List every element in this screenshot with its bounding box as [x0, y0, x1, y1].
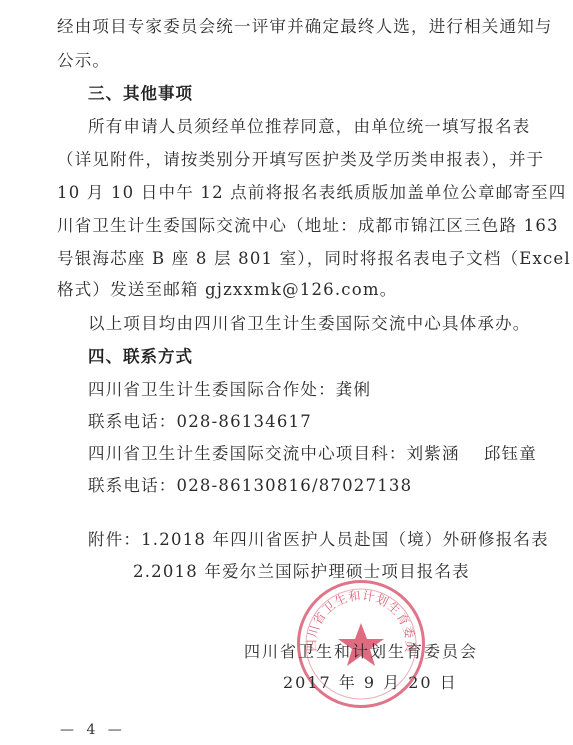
paragraph-line: 以上项目均由四川省卫生计生委国际交流中心具体承办。 — [88, 314, 531, 334]
document-page: 经由项目专家委员会统一评审并确定最终人选，进行相关通知与 公示。 三、其他事项 … — [0, 0, 573, 745]
paragraph-line: 川省卫生计生委国际交流中心（地址：成都市锦江区三色路 163 — [57, 216, 517, 236]
signature-organization: 四川省卫生和计划生育委员会 — [244, 639, 478, 662]
email-line: 格式）发送至邮箱 gjzxxmk@126.com。 — [57, 280, 397, 300]
paragraph-line: 公示。 — [57, 51, 110, 71]
attachments-label: 附件： — [88, 530, 141, 549]
attachment-item: 2.2018 年爱尔兰国际护理硕士项目报名表 — [133, 562, 470, 582]
paragraph-line: 10 月 10 日中午 12 点前将报名表纸质版加盖单位公章邮寄至四 — [57, 183, 517, 203]
contact-org: 四川省卫生计生委国际交流中心项目科：刘紫涵 邱钰童 — [88, 444, 537, 464]
attachments-line: 附件：1.2018 年四川省医护人员赴国（境）外研修报名表 — [88, 530, 549, 550]
attachment-item: 1.2018 年四川省医护人员赴国（境）外研修报名表 — [141, 530, 549, 549]
page-number: — 4 — — [60, 722, 126, 738]
contact-org: 四川省卫生计生委国际合作处：龚俐 — [88, 380, 371, 400]
paragraph-line: 号银海芯座 B 座 8 层 801 室），同时将报名表电子文档（Excel — [57, 249, 517, 269]
paragraph-line: （详见附件，请按类别分开填写医护类及学历类申报表），并于 — [57, 150, 517, 170]
section-heading-contact: 四、联系方式 — [88, 347, 193, 367]
contact-phone: 联系电话：028-86130816/87027138 — [88, 476, 412, 496]
contact-phone: 联系电话：028-86134617 — [88, 412, 312, 432]
paragraph-line: 经由项目专家委员会统一评审并确定最终人选，进行相关通知与 — [57, 17, 517, 37]
signature-date: 2017 年 9 月 20 日 — [283, 670, 458, 693]
paragraph-line: 所有申请人员须经单位推荐同意，由单位统一填写报名表 — [88, 117, 517, 137]
section-heading-other-matters: 三、其他事项 — [88, 84, 193, 104]
